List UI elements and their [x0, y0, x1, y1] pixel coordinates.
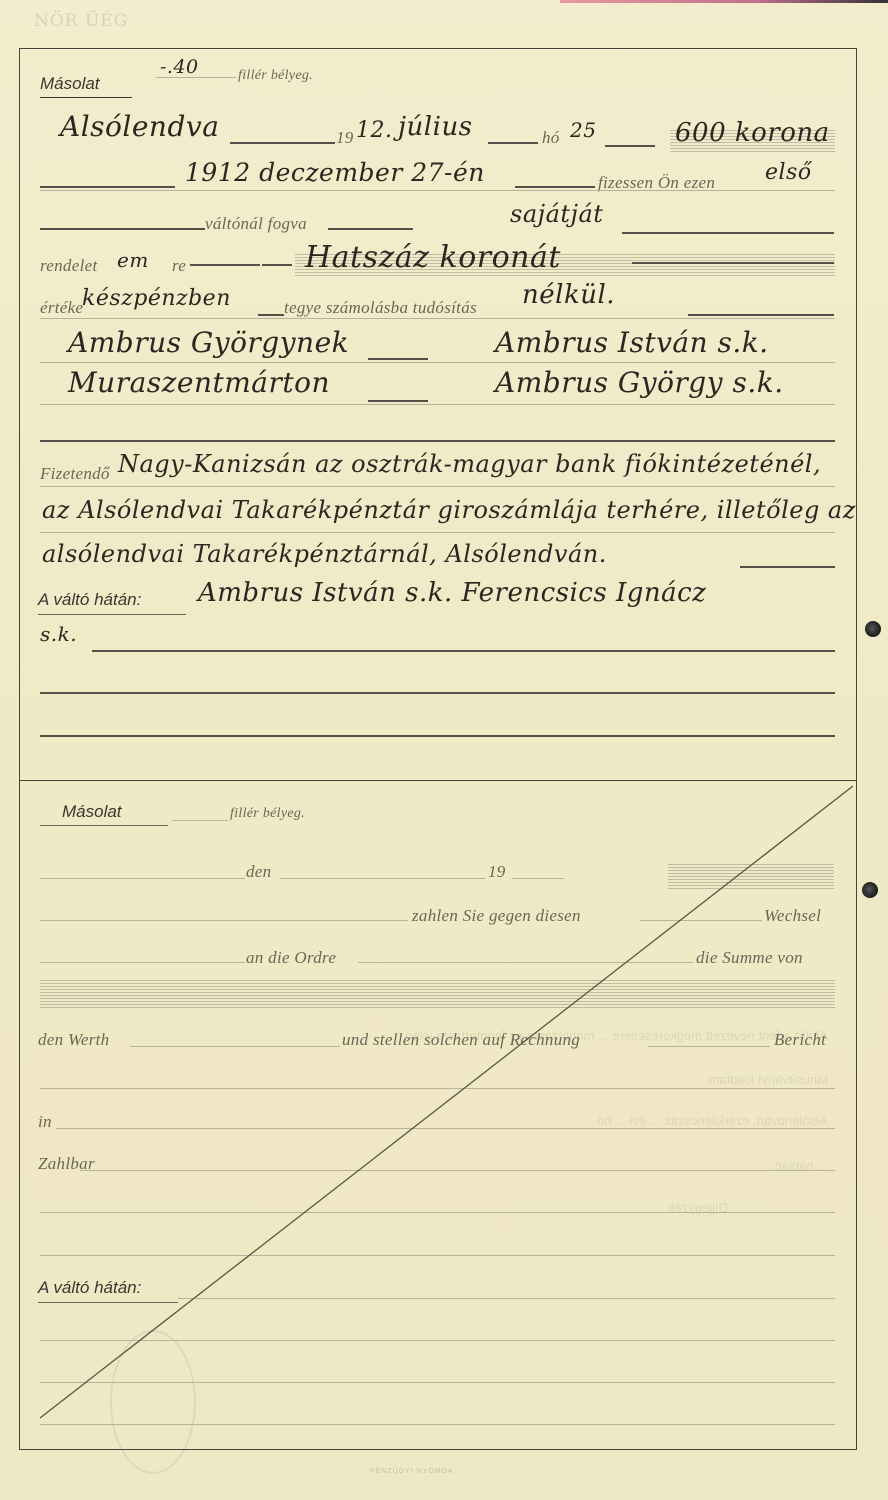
cancellation-diagonal-line: [0, 0, 888, 1500]
printer-imprint: PÉNZÜGYI NYOMDA: [370, 1468, 453, 1475]
